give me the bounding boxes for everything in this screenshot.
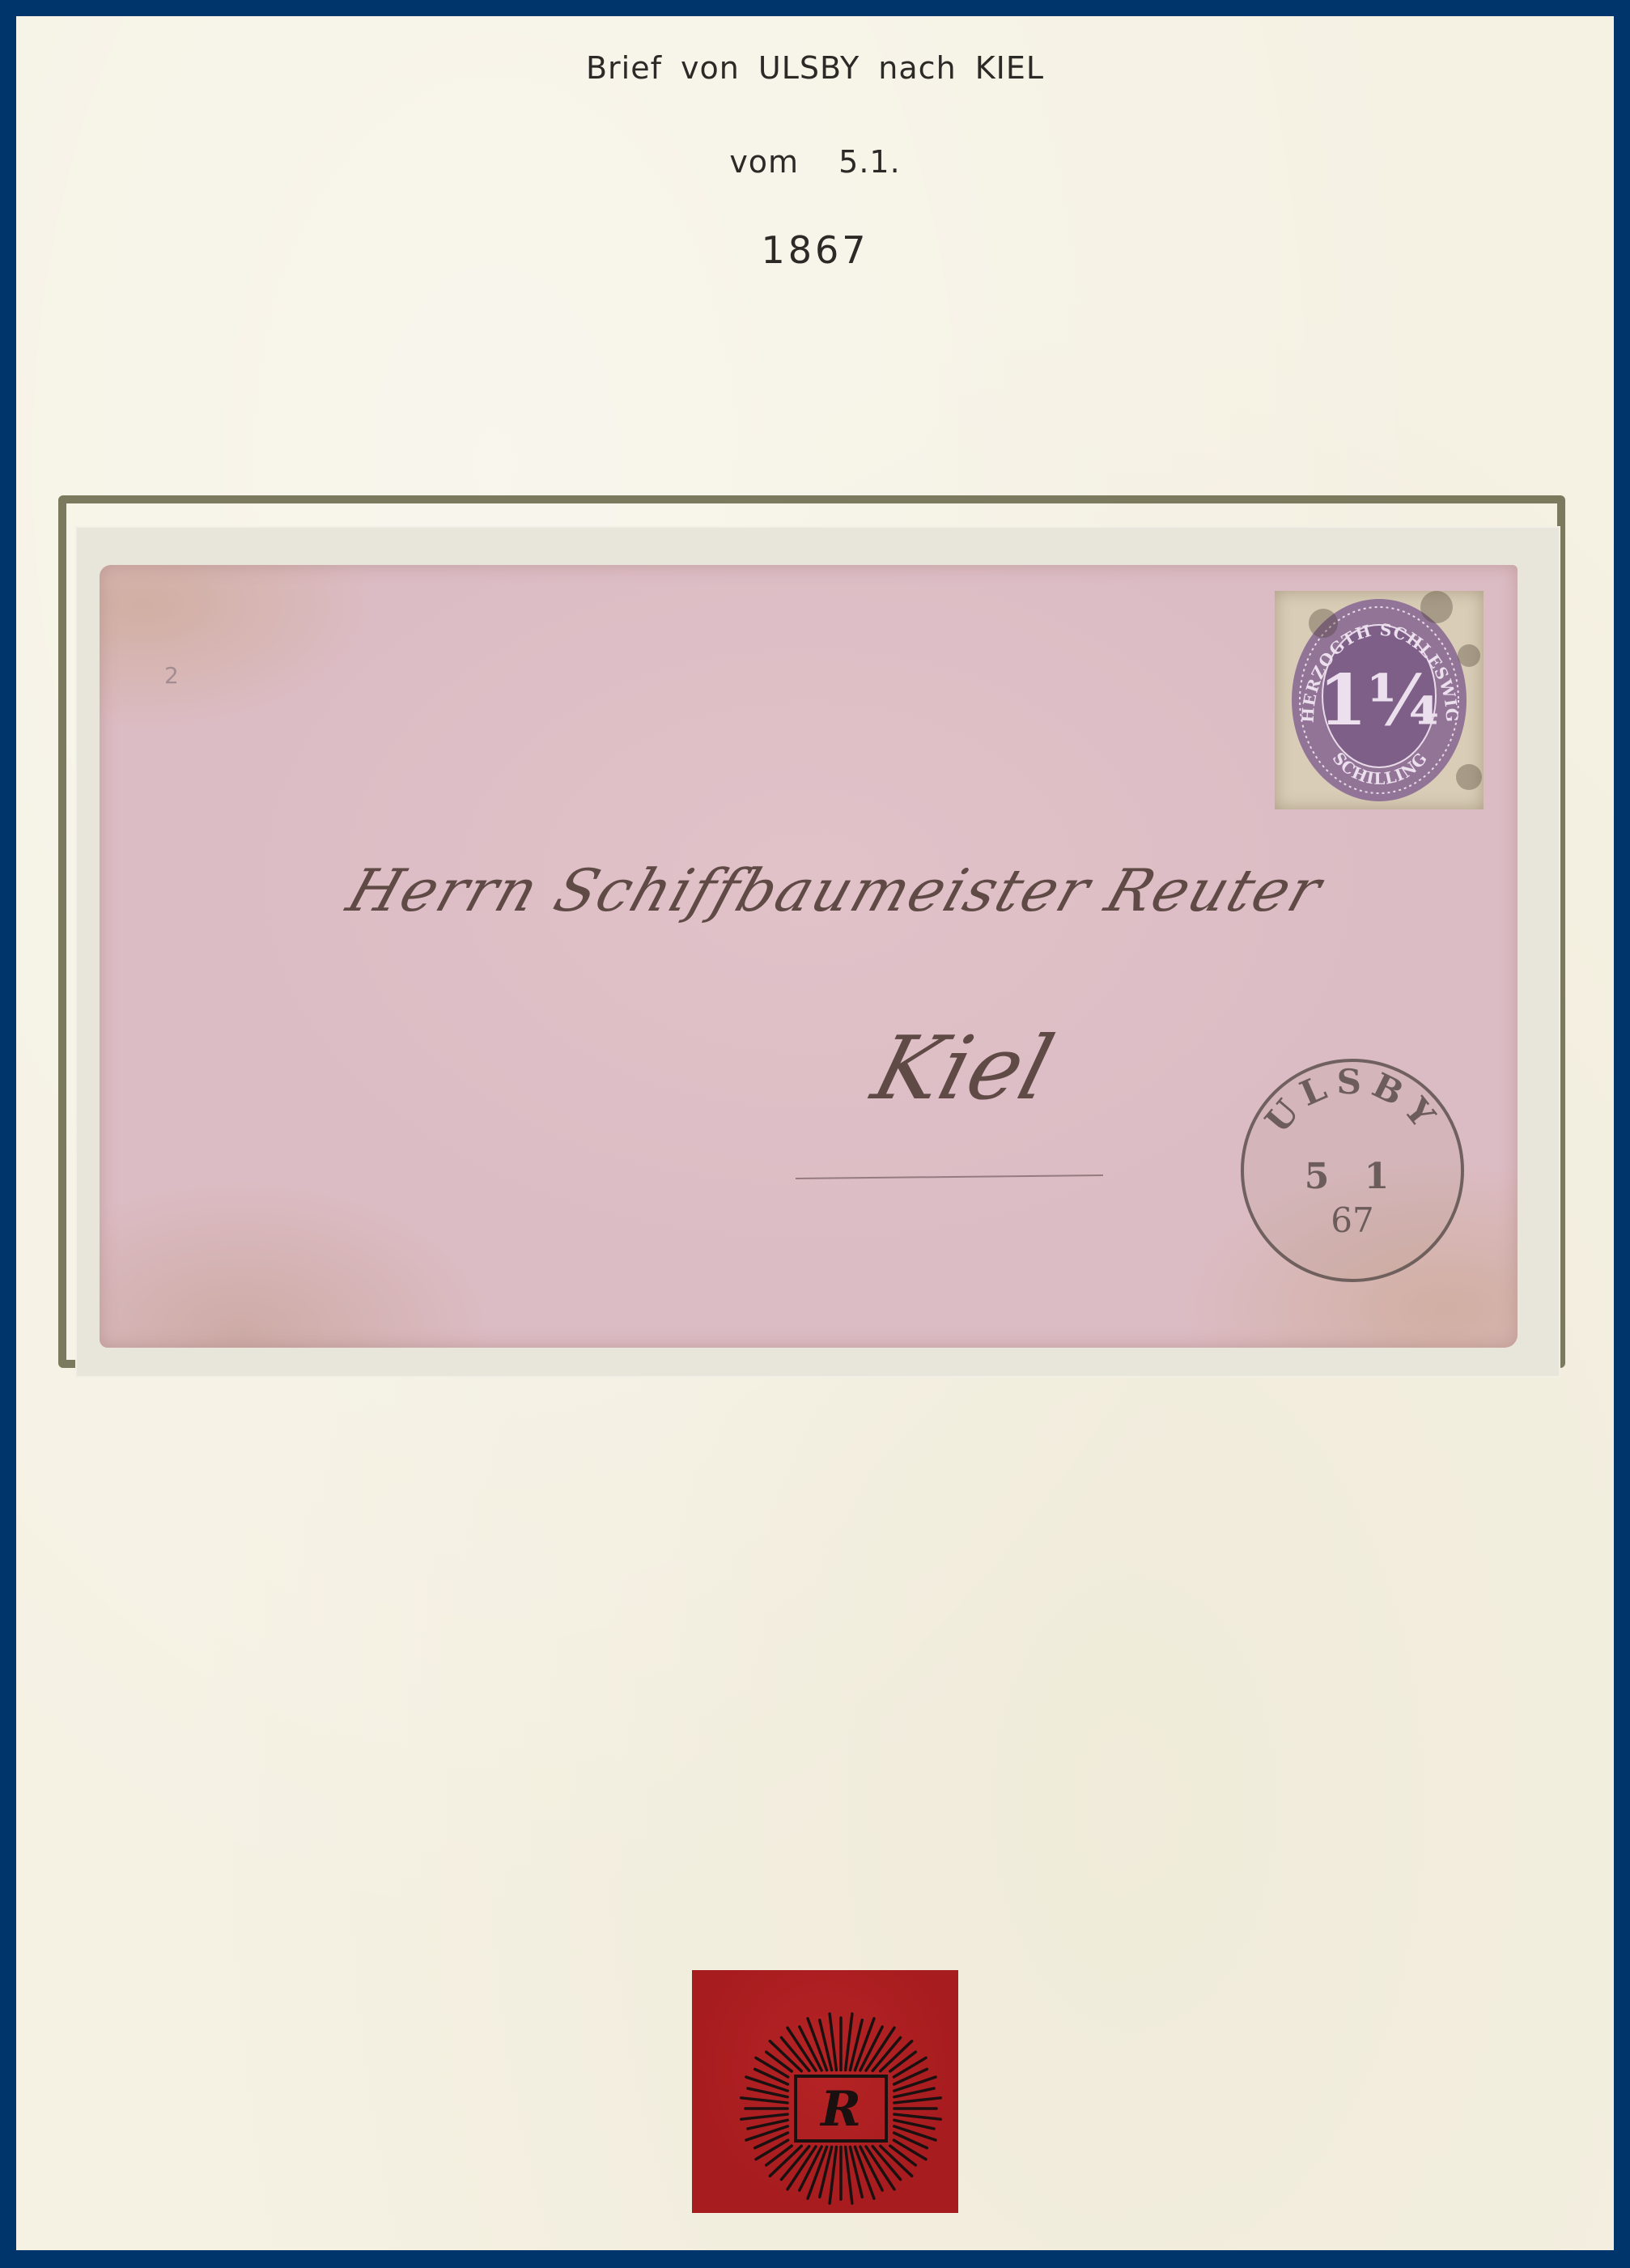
svg-text:R: R bbox=[819, 2081, 861, 2138]
svg-text:5 1: 5 1 bbox=[1305, 1156, 1401, 1197]
pencil-note: 2 bbox=[164, 662, 179, 689]
radiating-sunburst-icon: R bbox=[692, 1970, 958, 2213]
registration-label: R bbox=[692, 1970, 958, 2213]
postmark-circle-icon: ULSBY 5 1 67 bbox=[1231, 1049, 1474, 1292]
postal-cover: 2 HERZOGTH SCHLESWIG SCHILLING 1¼ bbox=[100, 565, 1518, 1348]
page-heading-title: Brief von ULSBY nach KIEL bbox=[16, 50, 1614, 86]
svg-text:67: 67 bbox=[1331, 1200, 1373, 1240]
postage-stamp: HERZOGTH SCHLESWIG SCHILLING 1¼ bbox=[1275, 591, 1484, 809]
address-recipient: Herrn Schiffbaumeister Reuter bbox=[339, 856, 1331, 924]
album-page: Brief von ULSBY nach KIEL vom 5.1. 1867 … bbox=[16, 16, 1614, 2250]
page-heading-date: vom 5.1. bbox=[16, 144, 1614, 180]
postmark: ULSBY 5 1 67 bbox=[1231, 1049, 1474, 1292]
address-underline bbox=[796, 1174, 1103, 1179]
address-city: Kiel bbox=[863, 1018, 1063, 1119]
page-heading-year: 1867 bbox=[16, 228, 1614, 272]
svg-text:1¼: 1¼ bbox=[1318, 660, 1440, 741]
stamp-oval-icon: HERZOGTH SCHLESWIG SCHILLING 1¼ bbox=[1275, 591, 1484, 809]
